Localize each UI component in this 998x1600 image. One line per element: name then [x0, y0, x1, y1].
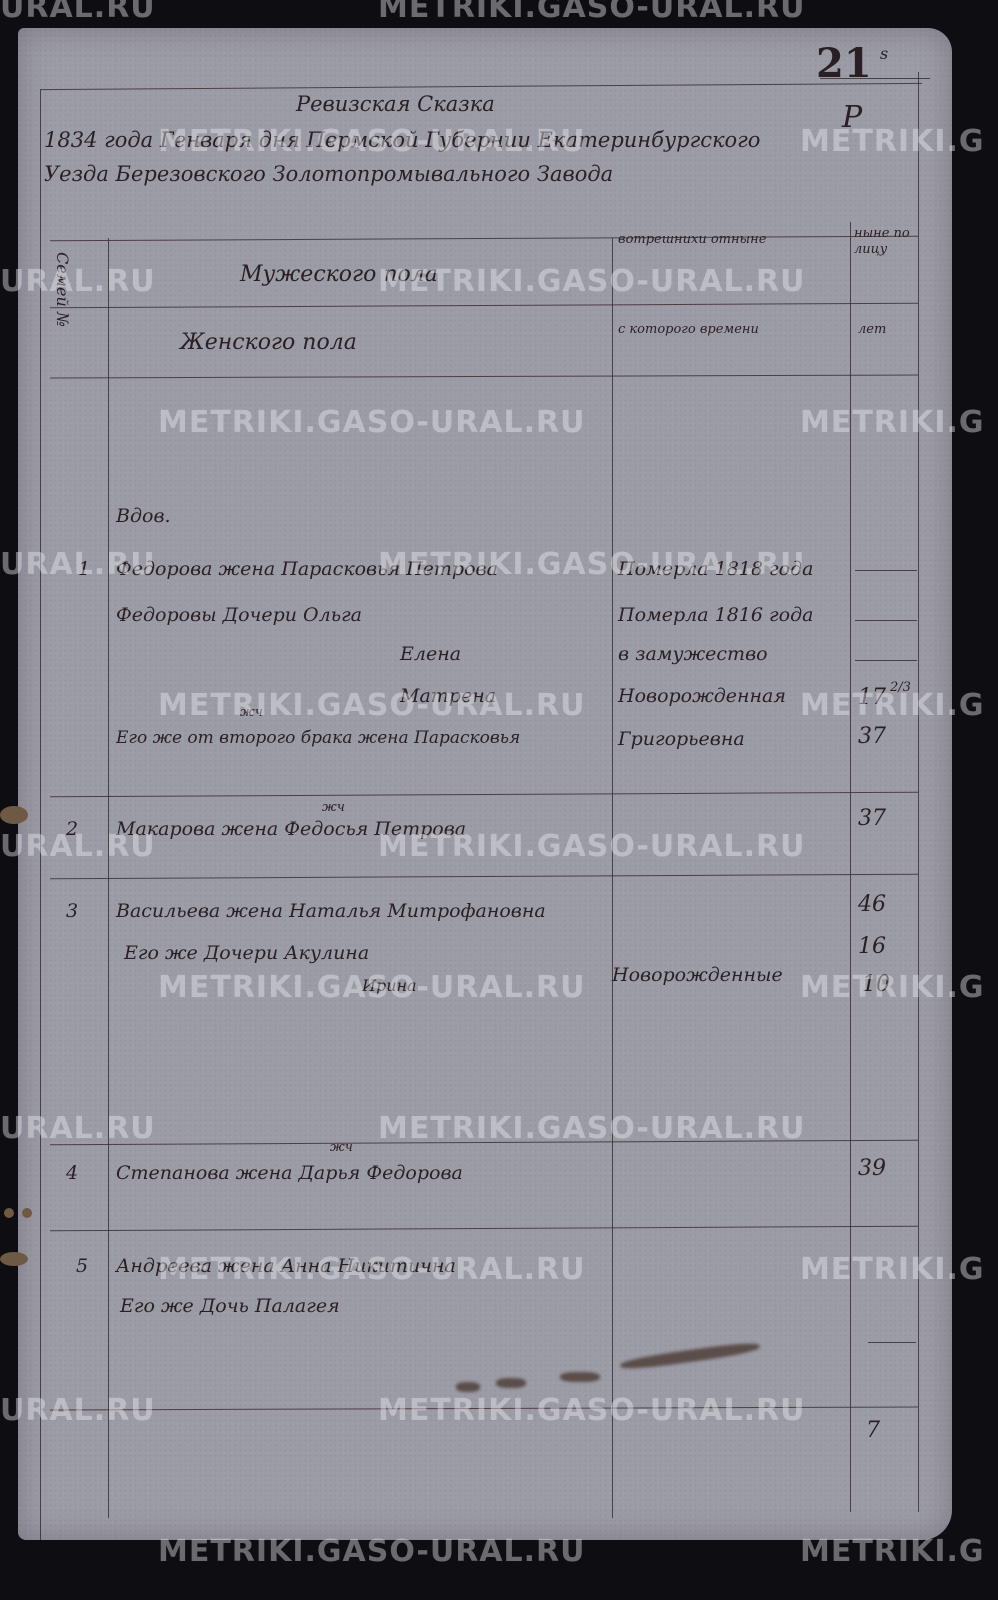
watermark: METRIKI.GASO-URAL.RU [158, 970, 586, 1005]
name-annotation: жч [322, 800, 345, 815]
column-header-age-bottom: лет [858, 322, 886, 337]
watermark: METRIKI.GASO-URAL.RU [158, 1534, 586, 1569]
watermark: URAL.RU [0, 0, 156, 25]
table-row-age: 16 [858, 934, 886, 959]
watermark: METRIKI.GASO-URAL.RU [378, 1393, 806, 1428]
watermark: METRIKI.GASO-URAL.RU [378, 264, 806, 299]
age-dash [855, 570, 917, 571]
name-annotation: жч [330, 1140, 353, 1155]
column-header-status-bottom: с которого времени [618, 322, 759, 337]
watermark: URAL.RU [0, 264, 156, 299]
row-number: 3 [66, 900, 78, 922]
watermark: METRIKI.G [800, 1534, 985, 1569]
watermark: URAL.RU [0, 547, 156, 582]
column-divider-2 [612, 238, 613, 1518]
table-row-name: Степанова жена Дарья Федорова [116, 1162, 463, 1184]
table-row-name: Федоровы Дочери Ольга [116, 604, 362, 626]
watermark: METRIKI.GASO-URAL.RU [158, 688, 586, 723]
ink-stain [496, 1378, 526, 1388]
table-row-status: Новорожденная [618, 685, 786, 707]
page-number-underline [820, 78, 930, 79]
document-title: Ревизская Сказка [296, 92, 495, 116]
total-count: 7 [866, 1418, 880, 1443]
age-dash [868, 1342, 916, 1343]
watermark: URAL.RU [0, 1393, 156, 1428]
watermark: METRIKI.G [800, 688, 985, 723]
watermark: METRIKI.G [800, 405, 985, 440]
column-header-status-top: вотрешнихи отныне [618, 232, 766, 247]
ink-stain [560, 1372, 600, 1382]
table-row-name: Васильева жена Наталья Митрофановна [116, 900, 546, 922]
watermark: METRIKI.G [800, 970, 985, 1005]
page-number: 21 [816, 40, 872, 87]
header-line-3: Уезда Березовского Золотопромывального З… [44, 162, 613, 186]
watermark: METRIKI.GASO-URAL.RU [378, 547, 806, 582]
page-number-suffix: s [880, 44, 888, 63]
watermark: METRIKI.G [800, 1252, 985, 1287]
watermark: METRIKI.GASO-URAL.RU [158, 405, 586, 440]
table-row-name: Его же Дочь Палагея [120, 1295, 340, 1317]
watermark: METRIKI.GASO-URAL.RU [378, 829, 806, 864]
watermark: URAL.RU [0, 1111, 156, 1146]
table-row-age: 46 [858, 892, 886, 917]
table-row-name: Его же Дочери Акулина [124, 942, 369, 964]
table-row-status: в замужество [618, 643, 768, 665]
watermark: METRIKI.GASO-URAL.RU [158, 1252, 586, 1287]
watermark: METRIKI.GASO-URAL.RU [158, 124, 586, 159]
binding-hole [0, 1252, 28, 1266]
table-row-age: 37 [858, 724, 886, 749]
column-header-female: Женского пола [180, 330, 357, 355]
watermark: URAL.RU [0, 829, 156, 864]
frame-left-line [40, 90, 41, 1540]
table-row-status: Померла 1816 года [618, 604, 813, 626]
binding-hole [4, 1208, 14, 1218]
age-dash [855, 660, 917, 661]
table-row-age: 39 [858, 1156, 886, 1181]
row-number: 4 [66, 1162, 78, 1184]
row-number: 5 [76, 1255, 88, 1277]
table-row-name: Елена [400, 643, 461, 665]
watermark: METRIKI.GASO-URAL.RU [378, 1111, 806, 1146]
table-row-status: Новорожденные [612, 964, 783, 986]
table-row-age: 37 [858, 806, 886, 831]
table-row-status: Григорьевна [618, 728, 745, 750]
section-label-widows: Вдов. [116, 505, 171, 527]
binding-hole [22, 1208, 32, 1218]
binding-hole [0, 806, 28, 824]
ink-stain [456, 1382, 480, 1392]
age-dash [855, 620, 917, 621]
column-header-age-top: ныне по лицу [854, 226, 914, 258]
watermark: METRIKI.G [800, 124, 985, 159]
table-row-name: Его же от второго брака жена Парасковья [116, 728, 520, 748]
watermark: METRIKI.GASO-URAL.RU [378, 0, 806, 25]
frame-right-line [918, 72, 919, 1512]
